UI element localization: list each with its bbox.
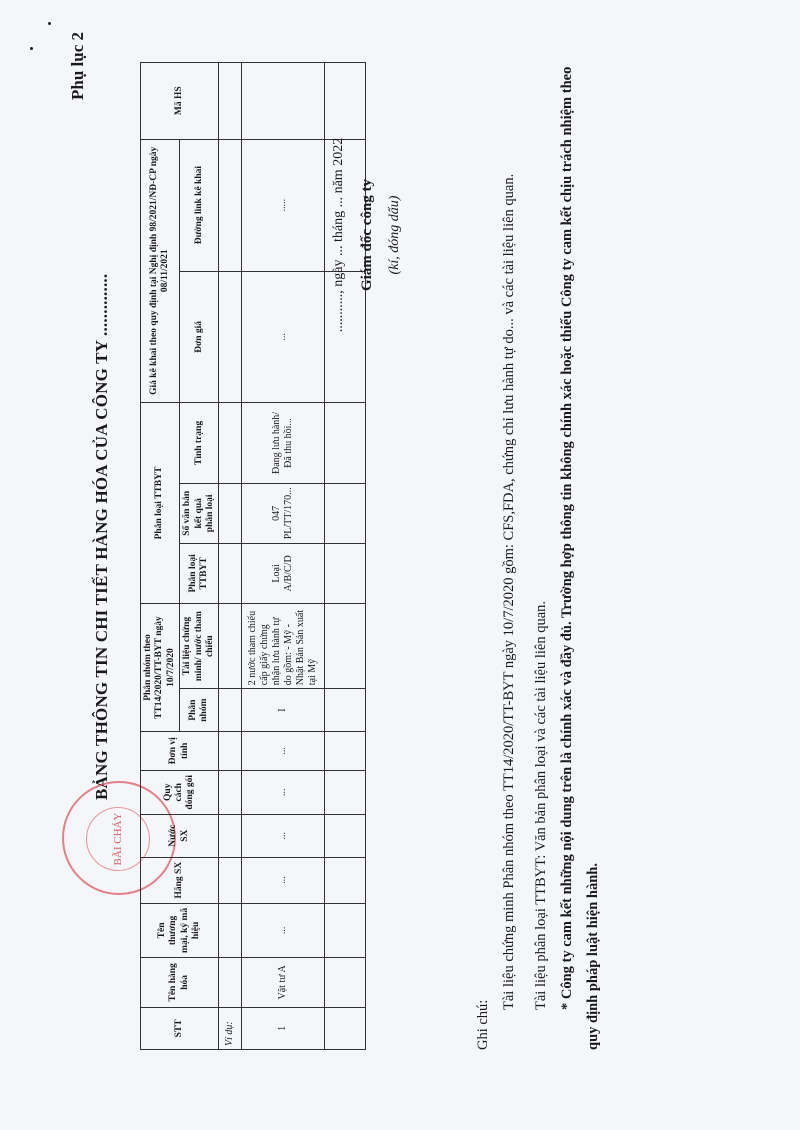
header-stt: STT bbox=[141, 1007, 219, 1049]
header-don-vi-tinh: Đơn vị tính bbox=[141, 732, 219, 771]
header-phan-loai: Phân loại TTBYT bbox=[180, 543, 219, 603]
cell-phan-nhom: I bbox=[242, 689, 325, 732]
cell-don-vi-tinh: ... bbox=[242, 732, 325, 771]
cell-so-van-ban: 047 PL/TT/170... bbox=[242, 483, 325, 543]
header-ma-hs: Mã HS bbox=[141, 63, 219, 140]
cell-phan-loai: Loại A/B/C/D bbox=[242, 543, 325, 603]
cell-tinh-trang: Đang lưu hành/ Đã thu hồi... bbox=[242, 403, 325, 484]
document-title: BẢNG THÔNG TIN CHI TIẾT HÀNG HÓA CỦA CÔN… bbox=[92, 274, 112, 800]
header-tai-lieu: Tài liệu chứng minh/ nước tham chiếu bbox=[180, 604, 219, 689]
note-line-2: Tài liệu phân loại TTBYT: Văn bản phân l… bbox=[528, 60, 554, 1050]
header-phan-nhom: Phân nhóm bbox=[180, 689, 219, 732]
cell-nuoc-sx: ... bbox=[242, 814, 325, 857]
cell-don-gia: ... bbox=[242, 271, 325, 402]
notes-heading: Ghi chú: bbox=[470, 60, 496, 1050]
signature-role: Giám đốc công ty bbox=[353, 75, 381, 395]
header-gia-group: Giá kê khai theo quy định tại Nghị định … bbox=[141, 139, 180, 403]
cell-quy-cach: ... bbox=[242, 770, 325, 814]
header-phan-nhom-group: Phân nhóm theo TT14/2020/TT-BYT ngày 10/… bbox=[141, 604, 180, 732]
example-row: Ví dụ: bbox=[219, 63, 242, 1050]
header-don-gia: Đơn giá bbox=[180, 271, 219, 402]
document-page: Phụ lục 2 BẢNG THÔNG TIN CHI TIẾT HÀNG H… bbox=[0, 0, 800, 1130]
header-quy-cach: Quy cách đóng gói bbox=[141, 770, 219, 814]
header-duong-link: Đường link kê khai bbox=[180, 139, 219, 271]
signature-date: ..........., ngày ... tháng ... năm 2022 bbox=[325, 75, 353, 395]
notes-section: Ghi chú: Tài liệu chứng minh Phân nhóm t… bbox=[410, 60, 606, 1050]
cell-tai-lieu: 2 nước tham chiếu cấp giấy chứng nhận lư… bbox=[242, 604, 325, 689]
table-row: 1 Vật tư A ... ... ... ... ... I 2 nước … bbox=[242, 63, 325, 1050]
signature-note: (kí, đóng dấu) bbox=[381, 75, 409, 395]
signature-block: ..........., ngày ... tháng ... năm 2022… bbox=[325, 75, 409, 395]
appendix-label: Phụ lục 2 bbox=[68, 32, 88, 100]
example-label: Ví dụ: bbox=[219, 1007, 242, 1049]
header-so-van-ban: Số văn bản kết quả phân loại bbox=[180, 483, 219, 543]
table-header-row: STT Tên hàng hóa Tên thương mại, ký mã h… bbox=[141, 63, 180, 1050]
cell-hang-sx: ... bbox=[242, 857, 325, 903]
header-ten-hang-hoa: Tên hàng hóa bbox=[141, 958, 219, 1008]
scan-speck bbox=[30, 47, 33, 50]
header-hang-sx: Hãng SX bbox=[141, 857, 219, 903]
cell-ten-hang-hoa: Vật tư A bbox=[242, 958, 325, 1008]
cell-ten-thuong-mai: ... bbox=[242, 903, 325, 957]
note-line-3: * Công ty cam kết những nội dung trên là… bbox=[554, 60, 606, 1050]
header-nuoc-sx: Nước SX bbox=[141, 814, 219, 857]
note-line-1: Tài liệu chứng minh Phân nhóm theo TT14/… bbox=[496, 60, 522, 1050]
header-tinh-trang: Tình trạng bbox=[180, 403, 219, 484]
header-ten-thuong-mai: Tên thương mại, ký mã hiệu bbox=[141, 903, 219, 957]
header-phan-loai-group: Phân loại TTBYT bbox=[141, 403, 180, 604]
scan-speck bbox=[48, 22, 51, 25]
cell-duong-link: ..... bbox=[242, 139, 325, 271]
cell-ma-hs bbox=[242, 63, 325, 140]
cell-stt: 1 bbox=[242, 1007, 325, 1049]
